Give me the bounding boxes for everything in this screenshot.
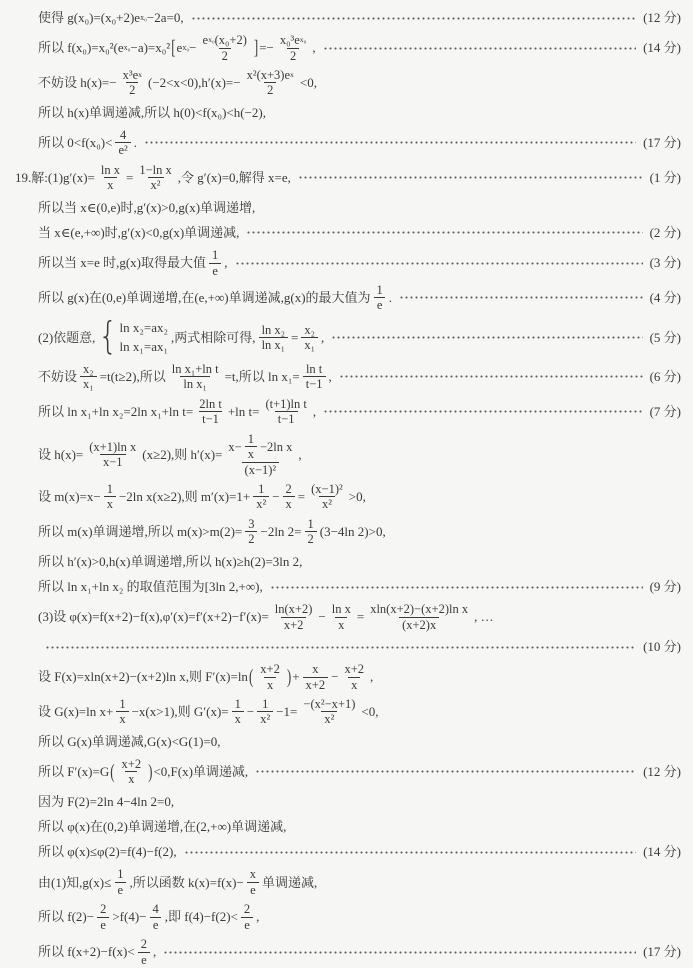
fraction-denominator: e — [209, 263, 221, 278]
text-run: 2 — [141, 937, 147, 951]
fraction-numerator: x₂ — [301, 323, 318, 337]
text-run: , — [312, 40, 315, 56]
text-run: 1 — [107, 482, 113, 496]
fraction-denominator: 2 — [245, 531, 257, 546]
text-run: t−1 — [306, 377, 323, 391]
text-run: 不妨设 — [38, 369, 77, 385]
text-run: 1 — [377, 283, 383, 297]
dotted-leader — [331, 336, 642, 339]
fraction-numerator: 1 — [116, 697, 128, 711]
fraction-denominator: 2 — [219, 48, 231, 63]
fraction-numerator: ln(x+2) — [272, 602, 316, 616]
text-run: x+2 — [260, 662, 280, 676]
fraction-denominator: e — [115, 882, 127, 897]
fraction: 1x² — [253, 482, 269, 512]
text-run: 2 — [308, 532, 314, 546]
fraction-numerator: (x−1)² — [308, 482, 346, 496]
text-run: 2ln t — [199, 397, 222, 411]
fraction-denominator: ln x₁ — [259, 337, 288, 352]
score-marker: (17 分) — [643, 135, 681, 151]
text-run: x — [286, 497, 292, 511]
text-run: x — [235, 712, 241, 726]
text-run: 1 — [212, 248, 218, 262]
text-run: x — [128, 772, 134, 786]
solution-line: 设 h(x)=(x+1)ln xx−1(x≥2),则 h′(x)=x−1x−2l… — [0, 432, 693, 477]
text-run: 19.解:(1)g′(x)= — [15, 170, 95, 186]
fraction-numerator: 1 — [255, 482, 267, 496]
text-run: , — [313, 404, 316, 420]
fraction-numerator: 1 — [232, 697, 244, 711]
text-run: 单调递减, — [262, 875, 317, 891]
fraction-denominator: 2 — [305, 531, 317, 546]
fraction-numerator: 4 — [149, 902, 161, 916]
text-run: ,所以函数 k(x)=f(x)− — [129, 875, 243, 891]
fraction-denominator: 2 — [126, 82, 138, 97]
solution-line: 所以 0<f(x₀)<4e².(17 分) — [0, 128, 693, 158]
text-run: x₁ — [304, 338, 315, 352]
text-run: t−1 — [278, 412, 295, 426]
fraction-denominator: e² — [115, 142, 130, 157]
solution-line: 不妨设x₂x₁=t(t≥2),所以ln x₁+ln tln x₁=t,所以 ln… — [0, 362, 693, 392]
big-bracket: ) — [287, 665, 291, 688]
fraction-numerator: 1 — [374, 283, 386, 297]
text-run: 所以当 x∈(0,e)时,g′(x)>0,g(x)单调递增, — [38, 200, 255, 216]
text-run: − — [247, 704, 254, 720]
fraction-numerator: 1 — [209, 248, 221, 262]
fraction-numerator: 2 — [97, 902, 109, 916]
text-run: e — [153, 918, 159, 932]
big-bracket: ) — [148, 760, 152, 783]
solution-line: 由(1)知,g(x)≤1e,所以函数 k(x)=f(x)−xe单调递减, — [0, 867, 693, 897]
fraction: 32 — [245, 517, 257, 547]
text-run: 1−ln x — [139, 163, 171, 177]
fraction-denominator: x+2 — [303, 677, 329, 692]
dotted-leader — [323, 47, 636, 50]
solution-line: 不妨设 h(x)=−x³ex2(−2<x<0),h′(x)=−x²(x+3)ex… — [0, 68, 693, 98]
solution-line: 所以 φ(x)≤φ(2)=f(4)−f(2),(14 分) — [0, 842, 693, 862]
text-run: (x−1)² — [245, 463, 277, 477]
score-marker: (5 分) — [650, 330, 681, 346]
fraction-numerator: 1 — [305, 517, 317, 531]
dotted-leader — [298, 176, 643, 179]
fraction-denominator: x — [335, 617, 347, 632]
fraction: x+2x — [341, 662, 367, 692]
fraction-numerator: x — [309, 662, 321, 676]
text-run: , — [224, 255, 227, 271]
text-run: x — [312, 662, 318, 676]
text-run: x₂ — [304, 323, 315, 337]
text-run: 由(1)知,g(x)≤ — [38, 875, 111, 891]
text-run: e² — [118, 143, 127, 157]
fraction-denominator: x₁ — [80, 376, 97, 391]
text-run: ,两式相除可得, — [171, 330, 256, 346]
fraction: ex₀(x₀+2)2 — [200, 33, 250, 63]
fraction-denominator: x — [232, 711, 244, 726]
fraction-denominator: x — [104, 496, 116, 511]
fraction-denominator: ln x₁ — [180, 376, 209, 391]
solution-line: 所以 f(2)−2e>f(4)−4e,即 f(4)−f(2)<2e, — [0, 902, 693, 932]
fraction: ln xx — [329, 602, 354, 632]
text-run: (3)设 φ(x)=f(x+2)−f(x),φ′(x)=f′(x+2)−f′(x… — [38, 609, 269, 625]
score-marker: (12 分) — [643, 10, 681, 26]
fraction-denominator: e — [374, 297, 386, 312]
solution-line: 当 x∈(e,+∞)时,g′(x)<0,g(x)单调递减,(2 分) — [0, 223, 693, 243]
system-row: ln x₁=ax₁ — [120, 337, 169, 357]
text-run: 2 — [222, 49, 228, 63]
fraction-denominator: x² — [253, 496, 269, 511]
fraction-denominator: t−1 — [303, 376, 326, 391]
text-run: 1 — [262, 697, 268, 711]
system-row: ln x₂=ax₂ — [120, 318, 169, 338]
fraction-denominator: x² — [148, 177, 164, 192]
text-run: x−1 — [103, 455, 123, 469]
text-run: 设 F(x)=xln(x+2)−(x+2)ln x,则 F′(x)=ln — [38, 669, 248, 685]
fraction-denominator: (x−1)² — [242, 462, 280, 477]
text-run: (x−1)² — [311, 482, 343, 496]
fraction-numerator: 2 — [241, 902, 253, 916]
text-run: 2 — [290, 49, 296, 63]
fraction: ln xx — [98, 163, 123, 193]
text-run: x+2 — [306, 678, 326, 692]
text-run: =t(t≥2),所以 — [100, 369, 166, 385]
text-run: 1 — [248, 432, 254, 446]
fraction-numerator: ln x₁+ln t — [169, 362, 222, 376]
fraction: 1e — [374, 283, 386, 313]
text-run: −2a=0, — [147, 10, 184, 26]
solution-line: 所以当 x∈(0,e)时,g′(x)>0,g(x)单调递增, — [0, 198, 693, 218]
text-run: e — [118, 883, 124, 897]
fraction-numerator: (t+1)ln t — [262, 397, 309, 411]
dotted-leader — [270, 586, 643, 589]
fraction-numerator: 1 — [114, 867, 126, 881]
text-run: 所以 f(x+2)−f(x)< — [38, 944, 135, 960]
solution-line: 所以 g(x)在(0,e)单调递增,在(e,+∞)单调递减,g(x)的最大值为1… — [0, 283, 693, 313]
score-marker: (1 分) — [650, 170, 681, 186]
text-run: − — [318, 609, 325, 625]
fraction-numerator: ln x — [329, 602, 354, 616]
fraction: x³ex2 — [120, 68, 145, 98]
text-run: x₂ — [83, 362, 94, 376]
solution-line: (3)设 φ(x)=f(x+2)−f(x),φ′(x)=f′(x+2)−f′(x… — [0, 602, 693, 632]
text-run: xln(x+2)−(x+2)ln x — [370, 602, 468, 616]
fraction-numerator: ln t — [303, 362, 325, 376]
fraction-numerator: −(x²−x+1) — [300, 697, 358, 711]
dotted-leader — [399, 296, 643, 299]
solution-line: 所以 F′(x)=G(x+2x)<0,F(x)单调递减,(12 分) — [0, 757, 693, 787]
text-run: 2 — [248, 532, 254, 546]
text-run: 所以 0<f(x₀)< — [38, 135, 112, 151]
text-run: t−1 — [202, 412, 219, 426]
text-run: e — [377, 298, 383, 312]
text-run: = — [298, 489, 305, 505]
score-marker: (14 分) — [643, 40, 681, 56]
solution-line: 所以 f(x+2)−f(x)<2e,(17 分) — [0, 937, 693, 967]
text-run: −(x²−x+1) — [303, 697, 355, 711]
fraction-numerator: 1 — [104, 482, 116, 496]
fraction-denominator: x² — [257, 711, 273, 726]
text-run: 2 — [100, 902, 106, 916]
text-run: 4 — [152, 902, 158, 916]
text-run: (t+1)ln t — [265, 397, 306, 411]
text-run: <0, — [361, 704, 378, 720]
fraction-denominator: (x+2)x — [399, 617, 439, 632]
text-run: ln(x+2) — [275, 602, 313, 616]
fraction-denominator: e — [97, 917, 109, 932]
fraction: xe — [247, 867, 259, 897]
solution-line: 所以 h(x)单调递减,所以 h(0)<f(x₀)<h(−2), — [0, 103, 693, 123]
fraction: x+2x — [257, 662, 283, 692]
dotted-leader — [255, 770, 636, 773]
fraction: 2x — [283, 482, 295, 512]
fraction-denominator: x — [283, 496, 295, 511]
fraction: 2e — [138, 937, 150, 967]
big-bracket: ( — [110, 760, 114, 783]
text-run: ln t — [306, 362, 322, 376]
text-run: 当 x∈(e,+∞)时,g′(x)<0,g(x)单调递减, — [38, 225, 239, 241]
text-run: −x(x>1),则 G′(x)= — [132, 704, 229, 720]
dotted-leader — [184, 851, 636, 854]
fraction-numerator: xln(x+2)−(x+2)ln x — [367, 602, 471, 616]
solution-line: 设 m(x)=x−1x−2ln x(x≥2),则 m′(x)=1+1x²−2x=… — [0, 482, 693, 512]
fraction: (x−1)²x² — [308, 482, 346, 512]
fraction: 1e — [209, 248, 221, 278]
solution-line: (10 分) — [0, 637, 693, 657]
text-run: − — [189, 40, 196, 56]
text-run: 1 — [117, 867, 123, 881]
fraction: 4e² — [115, 128, 130, 158]
score-marker: (6 分) — [650, 369, 681, 385]
text-run: 所以 ln x₁+ln x₂=2ln x₁+ln t= — [38, 404, 193, 420]
solution-line: 19.解:(1)g′(x)=ln xx=1−ln xx²,令 g′(x)=0,解… — [0, 163, 693, 193]
fraction-numerator: ex₀(x₀+2) — [200, 33, 250, 47]
text-run: (x≥2),则 h′(x)= — [142, 447, 222, 463]
solution-line: 所以 ln x₁+ln x₂ 的取值范围为[3ln 2,+∞),(9 分) — [0, 577, 693, 597]
solution-line: 所以 f(x₀)=x₀²(ex₀−a)=x₀²[ex₀−ex₀(x₀+2)2]=… — [0, 33, 693, 63]
score-marker: (12 分) — [643, 764, 681, 780]
text-run: x³e — [123, 68, 139, 82]
fraction-numerator: 3 — [245, 517, 257, 531]
text-run: 因为 F(2)=2ln 4−4ln 2=0, — [38, 794, 174, 810]
fraction: x₀³ex₀2 — [277, 33, 309, 63]
fraction: xln(x+2)−(x+2)ln x(x+2)x — [367, 602, 471, 632]
fraction-numerator: 4 — [117, 128, 129, 142]
fraction-denominator: x² — [319, 496, 335, 511]
fraction-denominator: x² — [321, 711, 337, 726]
text-run: e — [250, 883, 256, 897]
text-run: x₀³e — [280, 33, 300, 47]
fraction: ln tt−1 — [303, 362, 326, 392]
fraction-denominator: x−1 — [100, 454, 126, 469]
text-run: ,令 g′(x)=0,解得 x=e, — [178, 170, 291, 186]
fraction-numerator: x+2 — [119, 757, 145, 771]
solution-line: 所以当 x=e 时,g(x)取得最大值1e,(3 分) — [0, 248, 693, 278]
fraction-denominator: x₁ — [301, 337, 318, 352]
text-run: 使得 g(x₀)=(x₀+2)e — [38, 10, 140, 26]
dotted-leader — [235, 262, 643, 265]
fraction-numerator: x+2 — [341, 662, 367, 676]
text-run: 1 — [308, 517, 314, 531]
solution-line: 所以 ln x₁+ln x₂=2ln x₁+ln t=2ln tt−1+ln t… — [0, 397, 693, 427]
text-run: 不妨设 h(x)=− — [38, 75, 117, 91]
fraction-denominator: 2 — [287, 48, 299, 63]
text-run: x² — [151, 178, 161, 192]
fraction-denominator: e — [138, 952, 150, 967]
big-bracket: ( — [249, 665, 253, 688]
fraction-numerator: x — [247, 867, 259, 881]
fraction-denominator: x — [348, 677, 360, 692]
solution-line: 使得 g(x₀)=(x₀+2)ex₀−2a=0,(12 分) — [0, 8, 693, 28]
fraction: 4e — [149, 902, 161, 932]
text-run: (−2<x<0),h′(x)=− — [148, 75, 241, 91]
fraction-denominator: x — [264, 677, 276, 692]
text-run: ln x₁+ln t — [172, 362, 219, 376]
text-run: ln x — [332, 602, 351, 616]
dotted-leader — [191, 17, 636, 20]
text-run: x — [107, 497, 113, 511]
fraction: x₂x₁ — [80, 362, 97, 392]
fraction-numerator: ln x₂ — [259, 323, 288, 337]
score-marker: (17 分) — [643, 944, 681, 960]
text-run: −a)=x₀² — [130, 40, 170, 56]
text-run: x+2 — [344, 662, 364, 676]
text-run: (3−4ln 2)>0, — [320, 524, 386, 540]
text-run: 所以 h′(x)>0,h(x)单调递增,所以 h(x)≥h(2)=3ln 2, — [38, 554, 302, 570]
text-run: −2ln 2= — [260, 524, 301, 540]
fraction: ln x₂ln x₁ — [259, 323, 288, 353]
text-run: 所以 f(2)− — [38, 909, 94, 925]
text-run: e — [141, 953, 147, 967]
text-run: 设 h(x)= — [38, 447, 83, 463]
text-run: 1 — [235, 697, 241, 711]
text-run: ln x₁ — [262, 338, 285, 352]
text-run: = — [357, 609, 364, 625]
text-run: (2)依题意, — [38, 330, 95, 346]
fraction: x−1x−2ln x(x−1)² — [225, 432, 295, 477]
text-run: e — [100, 918, 106, 932]
dotted-leader — [246, 231, 642, 234]
text-run: 设 G(x)=ln x+ — [38, 704, 113, 720]
exam-answer-document: 使得 g(x₀)=(x₀+2)ex₀−2a=0,(12 分)所以 f(x₀)=x… — [0, 0, 693, 968]
text-run: x² — [256, 497, 266, 511]
text-run: (x+1)ln x — [89, 440, 136, 454]
fraction: 1−ln xx² — [136, 163, 174, 193]
text-run: 所以 G(x)单调递减,G(x)<G(1)=0, — [38, 734, 221, 750]
dotted-leader — [323, 410, 642, 413]
text-run: x — [119, 712, 125, 726]
text-run: x² — [322, 497, 332, 511]
fraction: 1x — [104, 482, 116, 512]
text-run: x² — [324, 712, 334, 726]
text-run: <0,F(x)单调递减, — [153, 764, 248, 780]
fraction: x+2x — [119, 757, 145, 787]
fraction-numerator: x−1x−2ln x — [225, 432, 295, 462]
text-run: 所以 F′(x)=G — [38, 764, 109, 780]
fraction-numerator: x₂ — [80, 362, 97, 376]
score-marker: (4 分) — [650, 290, 681, 306]
text-run: 所以 m(x)单调递增,所以 m(x)>m(2)= — [38, 524, 242, 540]
text-run: , — [329, 369, 332, 385]
text-run: e — [244, 918, 250, 932]
text-run: ln x₂ — [262, 323, 285, 337]
text-run: = — [126, 170, 133, 186]
text-run: − — [272, 489, 279, 505]
dotted-leader — [339, 375, 643, 378]
score-marker: (7 分) — [650, 404, 681, 420]
text-run: −1= — [276, 704, 297, 720]
fraction: 2e — [97, 902, 109, 932]
solution-line: 因为 F(2)=2ln 4−4ln 2=0, — [0, 792, 693, 812]
fraction-denominator: e — [241, 917, 253, 932]
text-run: x₁ — [83, 377, 94, 391]
fraction-numerator: 1 — [245, 432, 257, 446]
fraction-numerator: ln x — [98, 163, 123, 177]
text-run: 所以 g(x)在(0,e)单调递增,在(e,+∞)单调递减,g(x)的最大值为 — [38, 290, 371, 306]
fraction-numerator: (x+1)ln x — [86, 440, 139, 454]
text-run: x+2 — [122, 757, 142, 771]
text-run: , — [256, 909, 259, 925]
text-run: . — [389, 290, 392, 306]
fraction-denominator: x+2 — [281, 617, 307, 632]
text-run: 所以 φ(x)≤φ(2)=f(4)−f(2), — [38, 844, 177, 860]
text-run: 1 — [258, 482, 264, 496]
text-run: 2 — [244, 902, 250, 916]
text-run: x — [107, 178, 113, 192]
fraction-numerator: 1 — [259, 697, 271, 711]
fraction: xx+2 — [303, 662, 329, 692]
text-run: , — [298, 447, 301, 463]
solution-line: 设 F(x)=xln(x+2)−(x+2)ln x,则 F′(x)=ln(x+2… — [0, 662, 693, 692]
text-run: 2 — [286, 482, 292, 496]
text-run: =− — [259, 40, 274, 56]
fraction-numerator: 2ln t — [196, 397, 225, 411]
fraction-denominator: x — [116, 711, 128, 726]
text-run: ln x — [101, 163, 120, 177]
text-run: 设 m(x)=x− — [38, 489, 101, 505]
text-run: x — [267, 678, 273, 692]
score-marker: (10 分) — [643, 639, 681, 655]
fraction: 1x² — [257, 697, 273, 727]
fraction-numerator: x₀³ex₀ — [277, 33, 309, 47]
text-run: 所以当 x=e 时,g(x)取得最大值 — [38, 255, 206, 271]
fraction: 1x — [116, 697, 128, 727]
text-run: − — [331, 669, 338, 685]
fraction: ln(x+2)x+2 — [272, 602, 316, 632]
text-run: x — [338, 618, 344, 632]
score-marker: (2 分) — [650, 225, 681, 241]
text-run: x — [248, 447, 254, 461]
fraction: 12 — [305, 517, 317, 547]
solution-line: 所以 m(x)单调递增,所以 m(x)>m(2)=32−2ln 2=12(3−4… — [0, 517, 693, 547]
text-run: + — [292, 669, 299, 685]
text-run: = — [291, 330, 298, 346]
text-run: x — [250, 867, 256, 881]
text-run: x²(x+3)e — [247, 68, 290, 82]
text-run: , — [321, 330, 324, 346]
dotted-leader — [163, 951, 636, 954]
text-run: x+2 — [284, 618, 304, 632]
fraction-numerator: 2 — [283, 482, 295, 496]
fraction: 1x — [245, 432, 257, 462]
text-run: . — [134, 135, 137, 151]
text-run: 4 — [120, 128, 126, 142]
text-run: 2 — [267, 83, 273, 97]
left-brace: { — [98, 319, 117, 357]
text-run: x− — [228, 440, 241, 454]
text-run: =t,所以 ln x₁= — [225, 369, 300, 385]
fraction: −(x²−x+1)x² — [300, 697, 358, 727]
fraction-denominator: t−1 — [199, 411, 222, 426]
text-run: , — [153, 944, 156, 960]
